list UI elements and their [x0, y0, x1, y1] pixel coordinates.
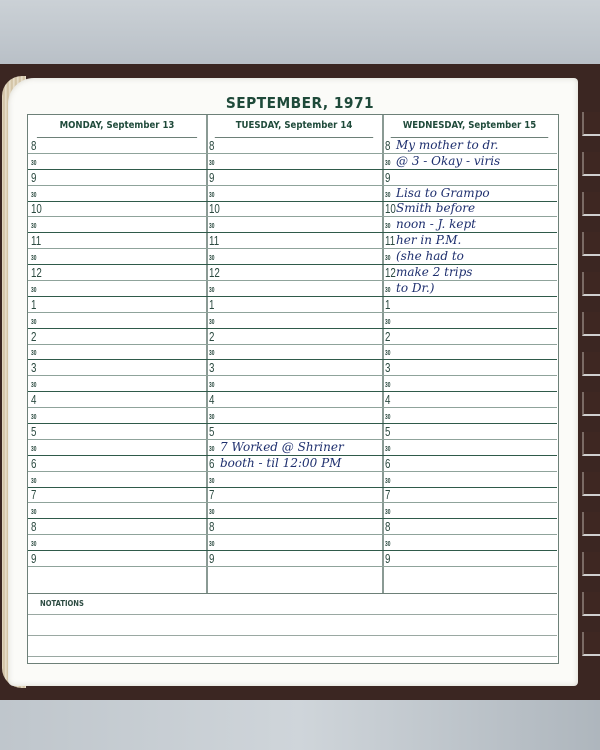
handwritten-note: My mother to dr. [396, 137, 498, 153]
spiral-ring [582, 112, 600, 136]
time-slot[interactable]: 5 [382, 424, 557, 440]
time-slot[interactable]: 30 [28, 472, 206, 488]
day-header: WEDNESDAY, September 15 [391, 115, 549, 138]
time-label: 30 [209, 380, 214, 391]
time-label: 30 [31, 253, 36, 264]
time-label: 6 [31, 456, 36, 471]
time-slot[interactable]: 30 [206, 376, 382, 392]
day-column-monday: MONDAY, September 13 8309301030113012301… [28, 115, 208, 593]
time-slot[interactable]: 8 [28, 138, 206, 154]
time-slot[interactable]: 30 [382, 408, 557, 424]
time-slot[interactable]: 9 [28, 170, 206, 186]
time-slot[interactable]: 30 [28, 154, 206, 170]
handwritten-note: booth - til 12:00 PM [220, 455, 341, 471]
time-label: 30 [385, 444, 390, 455]
time-slot[interactable]: 8 [382, 519, 557, 535]
time-label: 4 [385, 392, 390, 407]
time-slot[interactable]: 11her in P.M. [382, 233, 557, 249]
time-slot[interactable]: 30 [206, 249, 382, 265]
time-label: 30 [209, 285, 214, 296]
time-slot[interactable]: 8 [206, 138, 382, 154]
time-label: 30 [385, 253, 390, 264]
day-column-tuesday: TUESDAY, September 14 830930103011301230… [206, 115, 384, 593]
time-slot[interactable]: 10Smith before [382, 202, 557, 218]
handwritten-note: her in P.M. [396, 232, 461, 248]
time-slot[interactable]: 30 [28, 535, 206, 551]
time-slot[interactable]: 30 [382, 376, 557, 392]
time-slot[interactable]: 30 [206, 503, 382, 519]
time-label: 8 [385, 519, 390, 534]
time-label: 2 [209, 329, 214, 344]
day-column-wednesday: WEDNESDAY, September 15 8My mother to dr… [382, 115, 557, 593]
time-slot[interactable]: 4 [206, 392, 382, 408]
time-label: 9 [31, 170, 36, 185]
week-grid: MONDAY, September 13 8309301030113012301… [27, 114, 559, 664]
time-slot[interactable]: 30 [206, 281, 382, 297]
time-slot[interactable]: 3 [382, 360, 557, 376]
time-label: 30 [385, 158, 390, 169]
time-slot[interactable]: 30 [206, 186, 382, 202]
time-label: 30 [209, 476, 214, 487]
time-label: 1 [209, 297, 214, 312]
time-label: 5 [385, 424, 390, 439]
spiral-ring [582, 512, 600, 536]
time-label: 30 [385, 412, 390, 423]
handwritten-note: noon - J. kept [396, 216, 476, 232]
time-label: 9 [209, 551, 214, 566]
time-slot[interactable]: 30 [382, 503, 557, 519]
month-title: SEPTEMBER, 1971 [24, 94, 576, 112]
time-slot[interactable]: 1 [206, 297, 382, 313]
time-slot[interactable]: 30 [28, 313, 206, 329]
time-slot[interactable]: 30Lisa to Grampo [382, 186, 557, 202]
time-label: 30 [209, 221, 214, 232]
spiral-ring [582, 392, 600, 416]
time-slot[interactable]: 2 [206, 329, 382, 345]
time-label: 30 [385, 507, 390, 518]
notation-line [28, 635, 557, 636]
time-label: 7 [209, 487, 214, 502]
handwritten-note: (she had to [396, 248, 464, 264]
time-label: 1 [385, 297, 390, 312]
time-slot[interactable]: 5 [206, 424, 382, 440]
time-slot[interactable]: 30 [28, 217, 206, 233]
time-slot[interactable]: 30 [28, 503, 206, 519]
notation-line [28, 656, 557, 657]
time-label: 6 [385, 456, 390, 471]
time-label: 2 [31, 329, 36, 344]
time-slot[interactable]: 3 [206, 360, 382, 376]
handwritten-note: @ 3 - Okay - viris [396, 153, 500, 169]
spiral-ring [582, 272, 600, 296]
time-label: 30 [31, 476, 36, 487]
time-slot[interactable]: 8 [206, 519, 382, 535]
time-slot[interactable]: 3 [28, 360, 206, 376]
time-slot[interactable]: 30to Dr.) [382, 281, 557, 297]
time-label: 9 [385, 551, 390, 566]
time-slot[interactable]: 7 [206, 488, 382, 504]
time-slot[interactable]: 30 [28, 408, 206, 424]
time-label: 9 [31, 551, 36, 566]
time-slot[interactable]: 10 [28, 202, 206, 218]
handwritten-note: to Dr.) [396, 280, 434, 296]
time-label: 30 [209, 158, 214, 169]
time-slot[interactable]: 8 [28, 519, 206, 535]
time-slot[interactable]: 30 [28, 440, 206, 456]
time-slot[interactable]: 30 [382, 313, 557, 329]
handwritten-note: 7 Worked @ Shriner [220, 439, 344, 455]
scanner-background-top [0, 0, 600, 64]
time-slot[interactable]: 30 [28, 186, 206, 202]
notations-section: NOTATIONS [28, 593, 557, 664]
time-slot[interactable]: 10 [206, 202, 382, 218]
spiral-ring [582, 592, 600, 616]
time-slot[interactable]: 30 [382, 535, 557, 551]
time-label: 30 [31, 348, 36, 359]
time-label: 30 [31, 190, 36, 201]
handwritten-note: Smith before [396, 200, 475, 216]
time-label: 12 [385, 265, 396, 280]
time-slot[interactable]: 8My mother to dr. [382, 138, 557, 154]
spiral-ring [582, 632, 600, 656]
time-label: 3 [31, 360, 36, 375]
time-label: 8 [385, 138, 390, 153]
time-slot[interactable]: 30 [382, 472, 557, 488]
time-label: 9 [385, 170, 390, 185]
time-label: 5 [31, 424, 36, 439]
time-label: 10 [31, 201, 42, 216]
time-label: 30 [385, 539, 390, 550]
time-label: 30 [31, 380, 36, 391]
time-slot[interactable]: 30noon - J. kept [382, 217, 557, 233]
time-label: 8 [209, 519, 214, 534]
time-label: 30 [209, 253, 214, 264]
spiral-ring [582, 432, 600, 456]
notation-line [28, 614, 557, 615]
time-label: 30 [385, 285, 390, 296]
time-slot[interactable]: 7 [382, 488, 557, 504]
spiral-ring [582, 552, 600, 576]
time-label: 10 [209, 201, 220, 216]
time-label: 30 [209, 444, 214, 455]
spiral-ring [582, 232, 600, 256]
time-label: 7 [385, 487, 390, 502]
time-label: 8 [31, 519, 36, 534]
handwritten-note: make 2 trips [396, 264, 472, 280]
time-slot[interactable]: 12 [28, 265, 206, 281]
time-label: 1 [31, 297, 36, 312]
time-label: 30 [31, 317, 36, 328]
time-label: 30 [31, 412, 36, 423]
time-slot[interactable]: 6 [382, 456, 557, 472]
time-slot[interactable]: 9 [382, 170, 557, 186]
time-slot[interactable]: 30 [206, 154, 382, 170]
time-slot[interactable]: 30 [28, 376, 206, 392]
time-label: 30 [31, 507, 36, 518]
time-label: 30 [385, 190, 390, 201]
time-slot[interactable]: 2 [382, 329, 557, 345]
time-slot[interactable]: 30 [206, 217, 382, 233]
time-slot[interactable]: 30 [206, 408, 382, 424]
time-slot[interactable]: 5 [28, 424, 206, 440]
time-label: 30 [385, 380, 390, 391]
time-slot[interactable]: 30(she had to [382, 249, 557, 265]
spiral-ring [582, 352, 600, 376]
time-label: 11 [31, 233, 41, 248]
time-slot[interactable]: 9 [206, 170, 382, 186]
time-label: 9 [209, 170, 214, 185]
time-label: 3 [385, 360, 390, 375]
time-slot[interactable]: 9 [28, 551, 206, 567]
time-slot[interactable]: 30 [206, 313, 382, 329]
time-slot[interactable]: 30 [28, 345, 206, 361]
time-label: 11 [209, 233, 219, 248]
time-label: 4 [31, 392, 36, 407]
time-label: 30 [209, 539, 214, 550]
spiral-ring [582, 312, 600, 336]
time-slot[interactable]: 2 [28, 329, 206, 345]
time-label: 30 [209, 507, 214, 518]
time-label: 30 [31, 285, 36, 296]
time-label: 30 [385, 317, 390, 328]
time-label: 30 [209, 317, 214, 328]
time-label: 30 [209, 190, 214, 201]
time-label: 30 [385, 476, 390, 487]
time-label: 5 [209, 424, 214, 439]
time-label: 30 [31, 158, 36, 169]
time-slot[interactable]: 7 [28, 488, 206, 504]
time-label: 30 [31, 444, 36, 455]
time-slot[interactable]: 30 [382, 440, 557, 456]
time-slot[interactable]: 9 [206, 551, 382, 567]
time-slot[interactable]: 4 [28, 392, 206, 408]
time-slot[interactable]: 9 [382, 551, 557, 567]
time-slot[interactable]: 307 Worked @ Shriner [206, 440, 382, 456]
time-slot[interactable]: 30 [206, 535, 382, 551]
scanner-background-bottom [0, 700, 600, 750]
time-label: 30 [209, 348, 214, 359]
time-label: 30 [209, 412, 214, 423]
spiral-ring [582, 152, 600, 176]
time-label: 11 [385, 233, 395, 248]
time-slot[interactable]: 6booth - til 12:00 PM [206, 456, 382, 472]
time-label: 2 [385, 329, 390, 344]
time-slot[interactable]: 11 [28, 233, 206, 249]
time-slot[interactable]: 6 [28, 456, 206, 472]
time-slot[interactable]: 30 [382, 345, 557, 361]
time-label: 6 [209, 456, 214, 471]
time-slot[interactable]: 30@ 3 - Okay - viris [382, 154, 557, 170]
time-slot[interactable]: 30 [206, 472, 382, 488]
notations-label: NOTATIONS [40, 599, 84, 608]
time-label: 10 [385, 201, 396, 216]
time-slot[interactable]: 4 [382, 392, 557, 408]
spiral-ring [582, 192, 600, 216]
spiral-ring [582, 472, 600, 496]
time-slot[interactable]: 30 [206, 345, 382, 361]
handwritten-note: Lisa to Grampo [396, 185, 490, 201]
time-slot[interactable]: 12 [206, 265, 382, 281]
time-label: 12 [209, 265, 220, 280]
day-header: MONDAY, September 13 [37, 115, 197, 138]
time-slot[interactable]: 1 [382, 297, 557, 313]
time-label: 30 [385, 221, 390, 232]
time-slot[interactable]: 11 [206, 233, 382, 249]
time-label: 3 [209, 360, 214, 375]
time-label: 30 [31, 539, 36, 550]
time-slot[interactable]: 30 [28, 281, 206, 297]
time-label: 8 [209, 138, 214, 153]
time-label: 30 [31, 221, 36, 232]
time-slot[interactable]: 30 [28, 249, 206, 265]
day-header: TUESDAY, September 14 [215, 115, 373, 138]
time-label: 12 [31, 265, 42, 280]
time-label: 8 [31, 138, 36, 153]
time-label: 4 [209, 392, 214, 407]
time-label: 30 [385, 348, 390, 359]
time-slot[interactable]: 1 [28, 297, 206, 313]
time-label: 7 [31, 487, 36, 502]
time-slot[interactable]: 12make 2 trips [382, 265, 557, 281]
